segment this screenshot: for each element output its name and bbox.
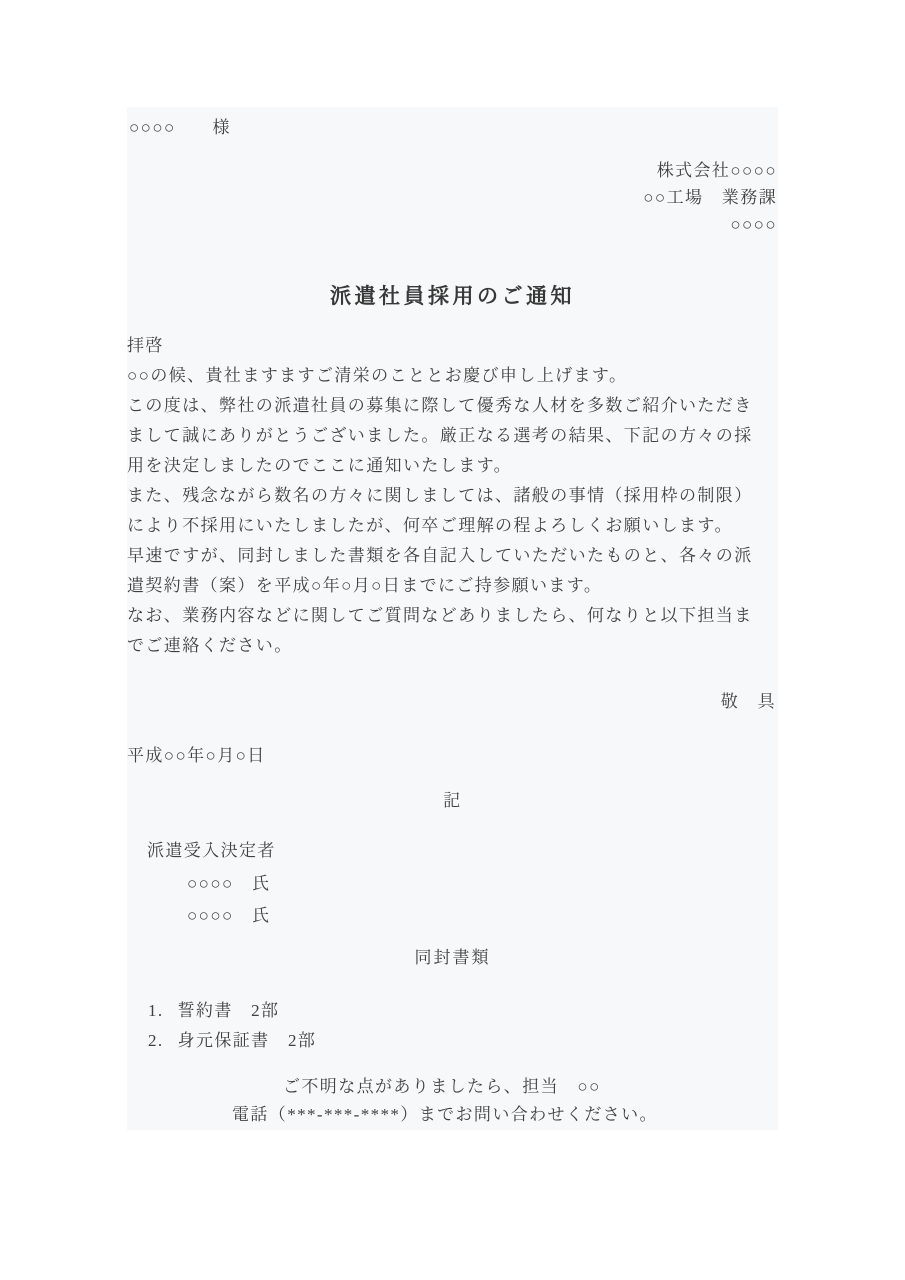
decided-section-heading: 派遣受入決定者 bbox=[127, 836, 778, 866]
body-line: ○○の候、貴社ますますご清栄のこととお慶び申し上げます。 bbox=[127, 361, 778, 391]
body-line: 用を決定しましたのでここに通知いたします。 bbox=[127, 451, 778, 481]
enclosures-heading: 同封書類 bbox=[127, 943, 778, 973]
enclosure-text: 身元保証書 2部 bbox=[178, 1031, 317, 1050]
sender-name: ○○○○ bbox=[127, 211, 777, 238]
body-line: なお、業務内容などに関してご質問などありましたら、何なりと以下担当ま bbox=[127, 601, 778, 631]
decided-name: ○○○○ 氏 bbox=[127, 868, 778, 900]
body-line: 早速ですが、同封しました書類を各自記入していただいたものと、各々の派 bbox=[127, 541, 778, 571]
body-line: でご連絡ください。 bbox=[127, 631, 778, 661]
letter-document: ○○○○ 様 株式会社○○○○ ○○工場 業務課 ○○○○ 派遣社員採用のご通知… bbox=[127, 107, 778, 1130]
enclosure-item: 2.身元保証書 2部 bbox=[127, 1026, 778, 1056]
salutation: 拝啓 bbox=[127, 331, 778, 361]
enclosure-number: 2. bbox=[148, 1026, 164, 1056]
decided-name: ○○○○ 氏 bbox=[127, 900, 778, 932]
sender-block: 株式会社○○○○ ○○工場 業務課 ○○○○ bbox=[127, 157, 778, 238]
enclosure-item: 1.誓約書 2部 bbox=[127, 996, 778, 1026]
body-line: 遣契約書（案）を平成○年○月○日までにご持参願います。 bbox=[127, 571, 778, 601]
contact-line-2: 電話（***-***-****）までお問い合わせください。 bbox=[127, 1101, 778, 1129]
body-line: この度は、弊社の派遣社員の募集に際して優秀な人材を多数ご紹介いただき bbox=[127, 391, 778, 421]
body-line: により不採用にいたしましたが、何卒ご理解の程よろしくお願いします。 bbox=[127, 511, 778, 541]
body-line: まして誠にありがとうございました。厳正なる選考の結果、下記の方々の採 bbox=[127, 421, 778, 451]
closing-keigu: 敬 具 bbox=[127, 687, 778, 717]
record-marker: 記 bbox=[127, 786, 778, 816]
date-line: 平成○○年○月○日 bbox=[127, 741, 778, 771]
sender-department: ○○工場 業務課 bbox=[127, 184, 777, 211]
contact-line-1: ご不明な点がありましたら、担当 ○○ bbox=[127, 1073, 778, 1101]
enclosure-text: 誓約書 2部 bbox=[178, 1001, 280, 1020]
enclosure-number: 1. bbox=[148, 996, 164, 1026]
sender-company: 株式会社○○○○ bbox=[127, 157, 777, 184]
letter-title: 派遣社員採用のご通知 bbox=[127, 280, 778, 312]
letter-body: 拝啓 ○○の候、貴社ますますご清栄のこととお慶び申し上げます。 この度は、弊社の… bbox=[127, 331, 778, 661]
addressee-line: ○○○○ 様 bbox=[127, 113, 778, 143]
body-line: また、残念ながら数名の方々に関しましては、諸般の事情（採用枠の制限） bbox=[127, 481, 778, 511]
